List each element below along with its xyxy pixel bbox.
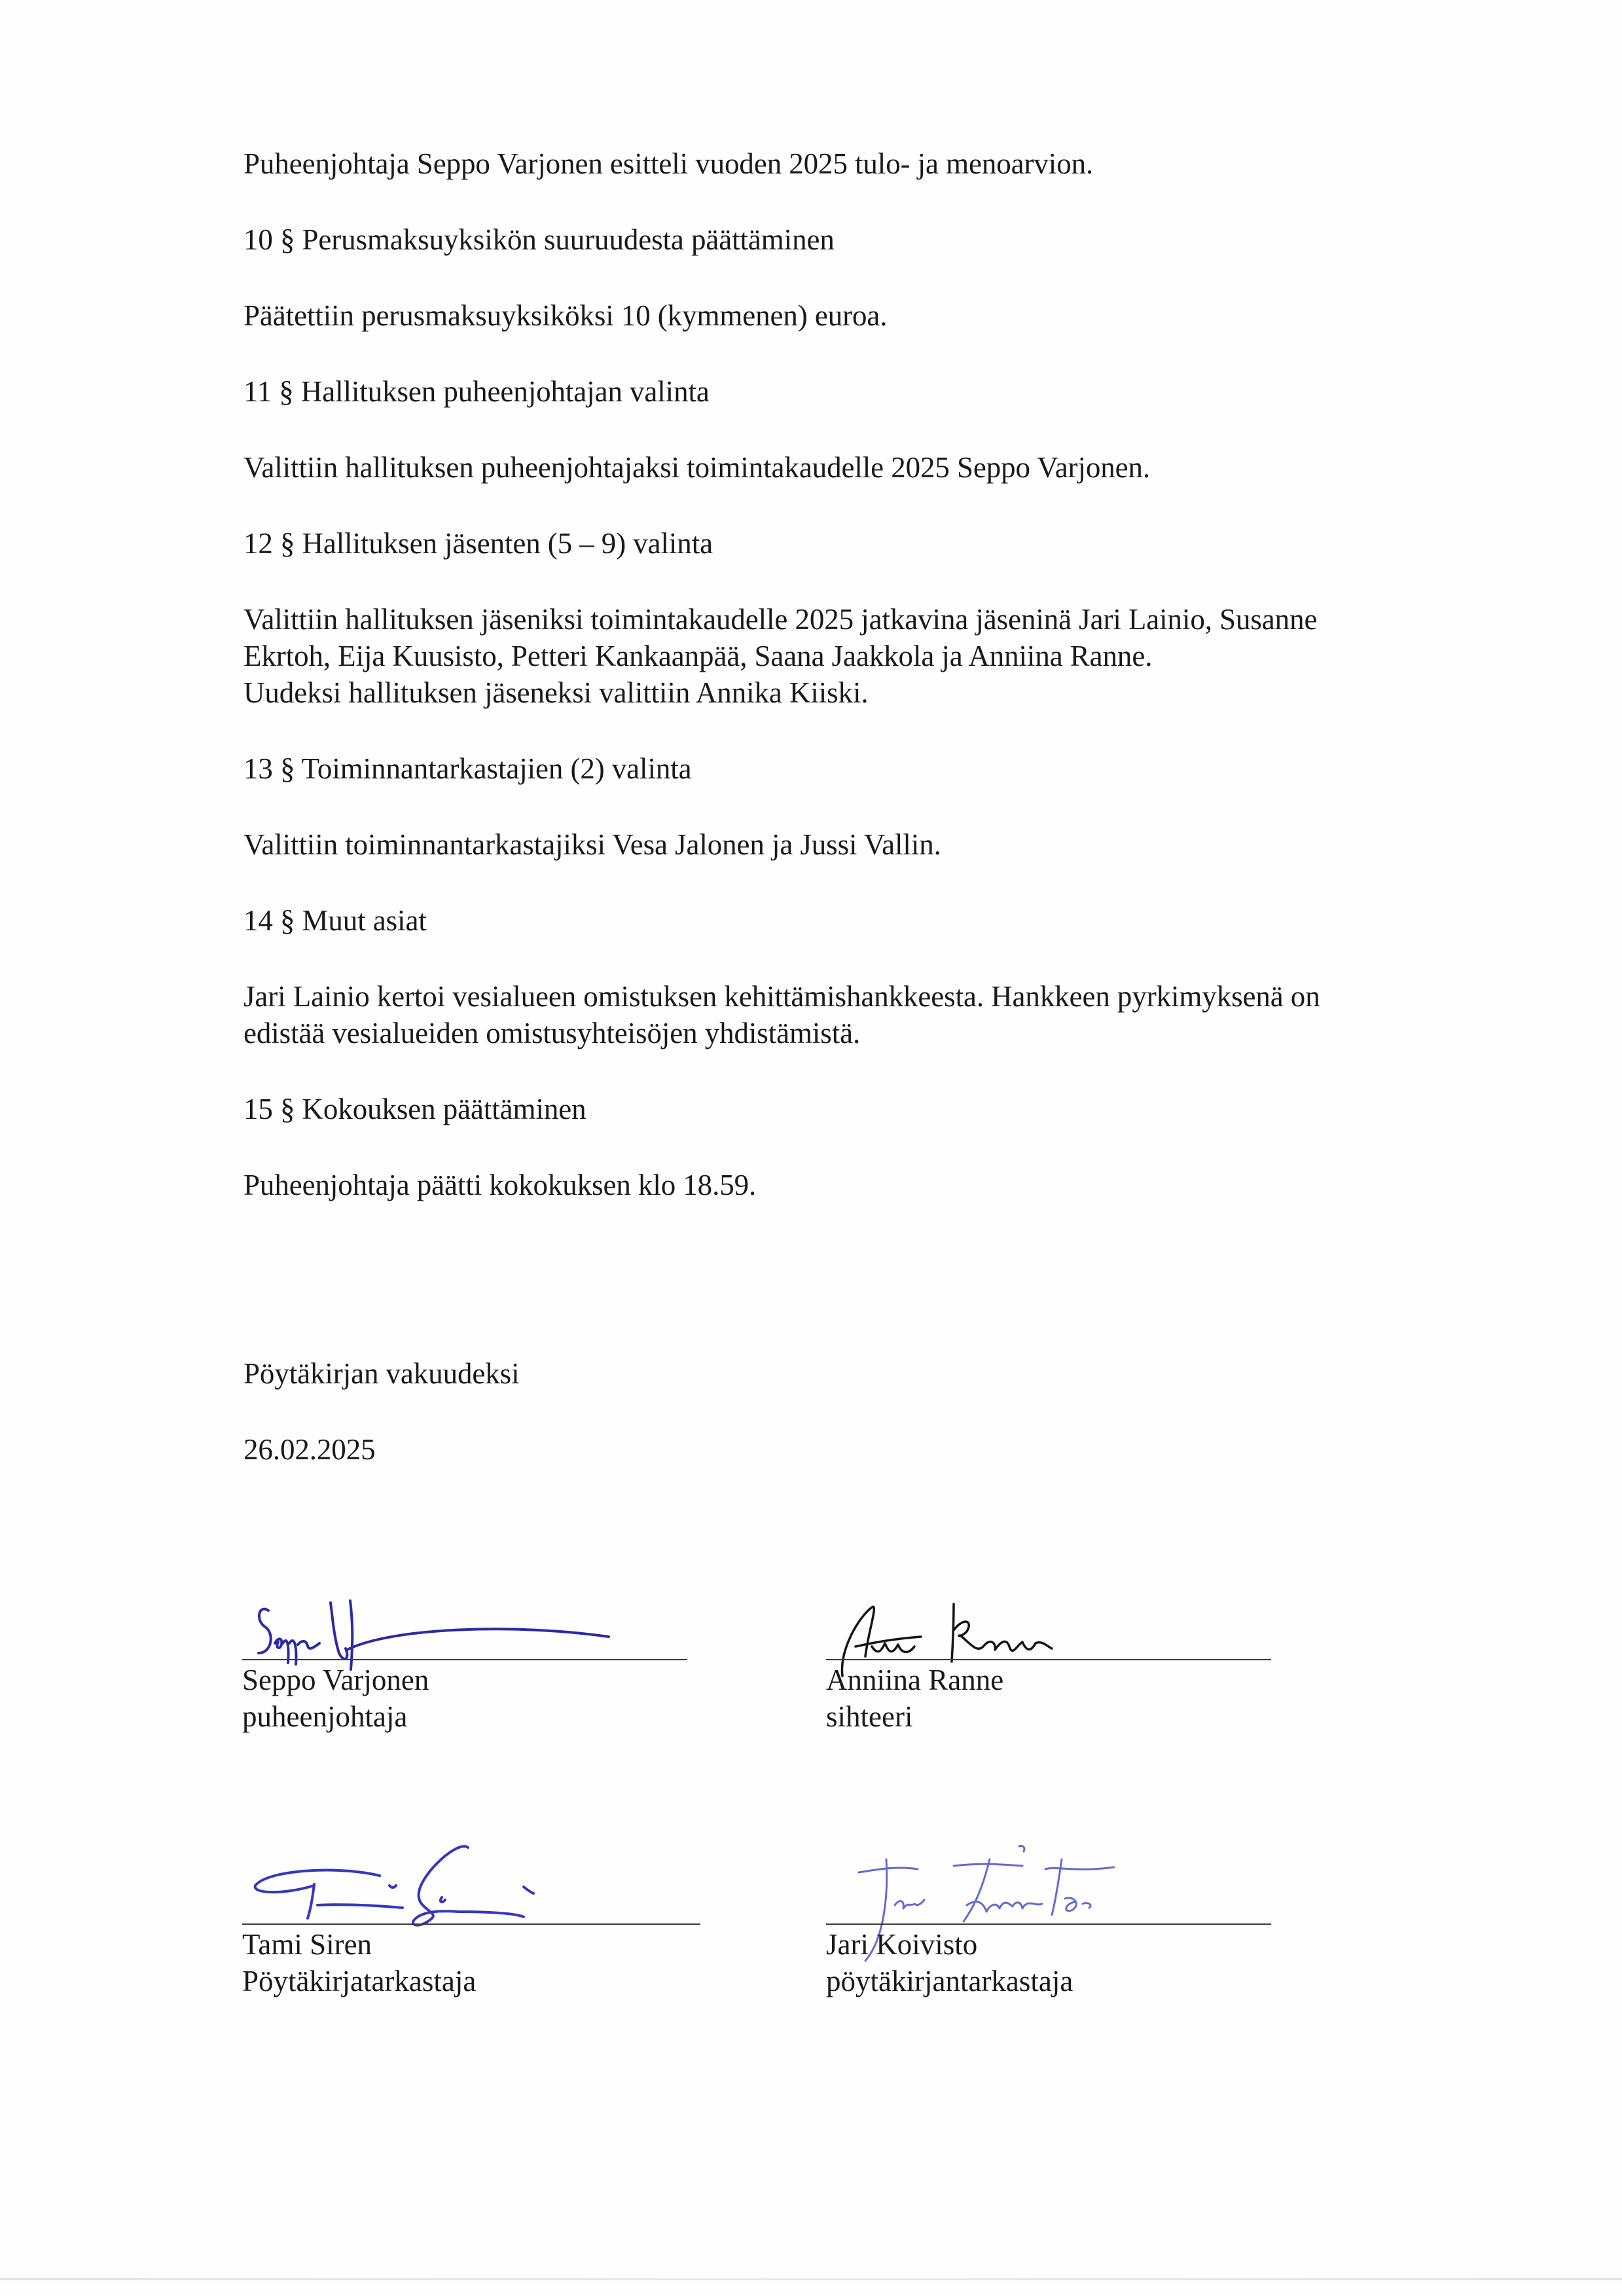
section-12-body-line-1: Valittiin hallituksen jäseniksi toiminta…: [243, 601, 1317, 638]
section-14-body-line-1: Jari Lainio kertoi vesialueen omistuksen…: [243, 978, 1320, 1015]
document-page: Puheenjohtaja Seppo Varjonen esitteli vu…: [0, 0, 1622, 2296]
section-11-body: Valittiin hallituksen puheenjohtajaksi t…: [243, 449, 1150, 486]
section-12-body-line-3: Uudeksi hallituksen jäseneksi valittiin …: [243, 674, 869, 711]
section-12-body-line-2: Ekrtoh, Eija Kuusisto, Petteri Kankaanpä…: [243, 638, 1152, 674]
section-14-body-line-2: edistää vesialueiden omistusyhteisöjen y…: [243, 1015, 860, 1051]
signer-name: Seppo Varjonen: [242, 1662, 429, 1698]
section-11-heading: 11 § Hallituksen puheenjohtajan valinta: [243, 373, 710, 410]
signer-name: Anniina Ranne: [826, 1662, 1003, 1698]
attestation-label: Pöytäkirjan vakuudeksi: [243, 1355, 519, 1392]
signer-name: Tami Siren: [242, 1926, 372, 1963]
signature-line: [242, 1923, 700, 1925]
handwritten-signature-icon: [242, 1833, 740, 1931]
signer-name: Jari Koivisto: [826, 1926, 977, 1963]
section-13-heading: 13 § Toiminnantarkastajien (2) valinta: [243, 750, 692, 787]
signature-line: [242, 1659, 687, 1660]
scan-edge-line: [0, 2278, 1622, 2280]
section-15-heading: 15 § Kokouksen päättäminen: [243, 1091, 586, 1127]
signer-title: Pöytäkirjatarkastaja: [242, 1963, 476, 1999]
section-15-body: Puheenjohtaja päätti kokokuksen klo 18.5…: [243, 1167, 756, 1203]
signer-title: pöytäkirjantarkastaja: [826, 1963, 1073, 1999]
signature-line: [826, 1923, 1271, 1925]
section-10-heading: 10 § Perusmaksuyksikön suuruudesta päätt…: [243, 221, 835, 258]
signer-title: puheenjohtaja: [242, 1698, 407, 1735]
section-12-heading: 12 § Hallituksen jäsenten (5 – 9) valint…: [243, 525, 713, 562]
section-13-body: Valittiin toiminnantarkastajiksi Vesa Ja…: [243, 826, 941, 863]
section-10-body: Päätettiin perusmaksuyksiköksi 10 (kymme…: [243, 297, 887, 334]
signer-title: sihteeri: [826, 1698, 912, 1735]
section-14-heading: 14 § Muut asiat: [243, 902, 427, 939]
signing-date: 26.02.2025: [243, 1431, 376, 1468]
intro-paragraph: Puheenjohtaja Seppo Varjonen esitteli vu…: [243, 145, 1093, 182]
handwritten-signature-icon: [242, 1591, 766, 1669]
signature-line: [826, 1659, 1271, 1660]
